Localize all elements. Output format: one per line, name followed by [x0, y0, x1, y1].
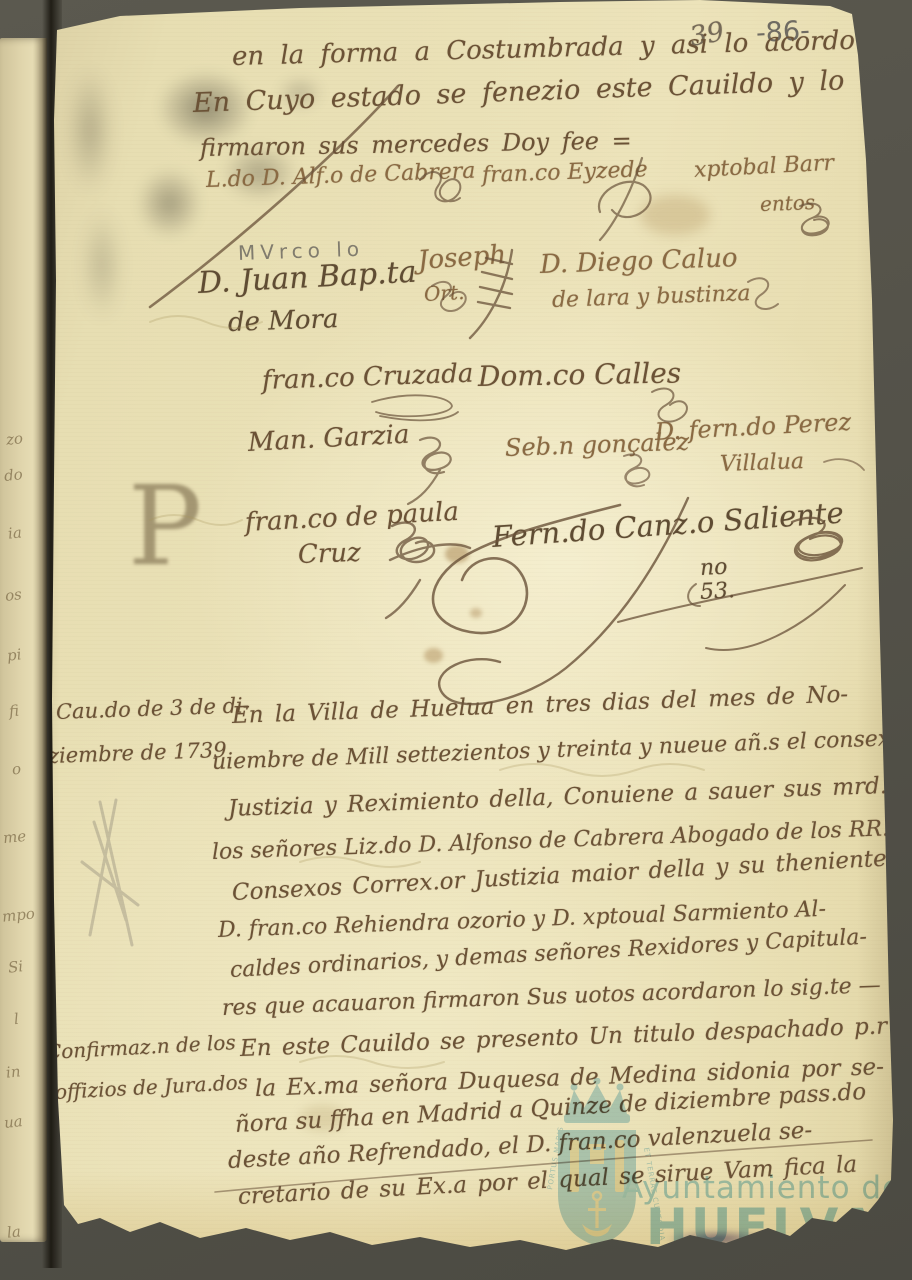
closing-line: en la forma a Costumbrada y asi lo acord… [232, 26, 856, 72]
foxing-stain [640, 195, 710, 235]
signature-juan-baptista: D. Juan Bap.ta [197, 255, 417, 301]
rubric-cruzada [372, 395, 458, 420]
foxing-stain [445, 545, 469, 563]
verso-fragment: l [13, 1010, 20, 1028]
verso-fragment: os [4, 585, 23, 605]
ink-smudge [58, 55, 138, 355]
verso-fragment: mpo [1, 904, 36, 925]
signature-paula-2: Cruz [297, 538, 361, 570]
manuscript-page: 39 -86- en la forma a Costumbrada y asi … [0, 0, 912, 1280]
signature-calles: Dom.co Calles [478, 356, 682, 393]
confirmation-body-line: En este Cauildo se presento Un titulo de… [240, 1013, 888, 1062]
session-body-line: En la Villa de Huelua en tres dias del m… [232, 681, 849, 728]
session-body-line: res que acauaron firmaron Sus uotos acor… [222, 973, 882, 1021]
signature-barrientos: xptobal Barr [693, 151, 834, 183]
rubric-calvo [748, 278, 778, 309]
rubric-garzia [408, 438, 451, 504]
flourish-saliente-mark [688, 584, 700, 606]
bleedthrough-letter: P [128, 462, 202, 590]
margin-note-session-2: ziembre de 1739 [48, 738, 227, 768]
signature-eyzede: fran.co Eyzede [482, 157, 648, 188]
verso-fragment: pi [6, 645, 22, 664]
margin-note-confirmation-2: offizios de Jura.dos [54, 1070, 248, 1104]
pencil-scribble [82, 800, 138, 945]
signature-calvo-2: de lara y bustinza [552, 281, 751, 313]
signature-barrientos-2: entos [760, 190, 816, 216]
signature-joseph: Joseph [417, 240, 507, 276]
watermark-city-name: HUELVA [646, 1198, 880, 1256]
signature-saliente: Fern.do Canz.o Saliente [491, 495, 845, 553]
signature-saliente-number: 53. [699, 578, 735, 605]
margin-note-confirmation: Confirmaz.n de los [45, 1030, 236, 1064]
verso-fragment: o [11, 760, 22, 779]
signature-cruzada: fran.co Cruzada [261, 359, 473, 396]
manuscript-scan: zo do ia os pi fi o me mpo Si l in ua la… [0, 0, 912, 1280]
session-body-line: uiembre de Mill settezientos y treinta y… [212, 726, 911, 775]
verso-fragment: ua [3, 1112, 23, 1132]
verso-fragment: do [3, 465, 23, 485]
verso-fragment: fi [8, 702, 20, 721]
foxing-stain [424, 648, 443, 663]
rubric-perez [824, 459, 864, 470]
rubric-gonzalez [624, 454, 649, 486]
previous-page-edge: zo do ia os pi fi o me mpo Si l in ua la [0, 38, 47, 1242]
verso-fragment: ia [7, 523, 23, 542]
signature-saliente-no: no [699, 555, 728, 581]
verso-fragment: Si [7, 957, 24, 976]
signature-garzia: Man. Garzia [247, 420, 410, 458]
verso-fragment: la [6, 1222, 22, 1241]
verso-fragment: zo [5, 429, 24, 449]
signature-paula: fran.co de paula [244, 497, 459, 538]
signature-perez-2: Villalua [720, 449, 805, 477]
session-body-line: Justizia y Reximiento della, Conuiene a … [228, 773, 900, 822]
rubric-paula-cruz [386, 523, 470, 618]
verso-fragment: me [2, 827, 27, 847]
signature-juan-baptista-2: de Mora [227, 304, 338, 338]
flourish-saliente-swash [618, 568, 862, 650]
verso-fragment: in [5, 1062, 21, 1081]
signature-perez: D. fern.do Perez [654, 408, 852, 446]
signature-calvo: D. Diego Caluo [539, 243, 738, 280]
signature-joseph-2: Ort. [423, 280, 465, 306]
foxing-stain [470, 608, 482, 618]
margin-note-session: Cau.do de 3 de di- [56, 693, 251, 724]
